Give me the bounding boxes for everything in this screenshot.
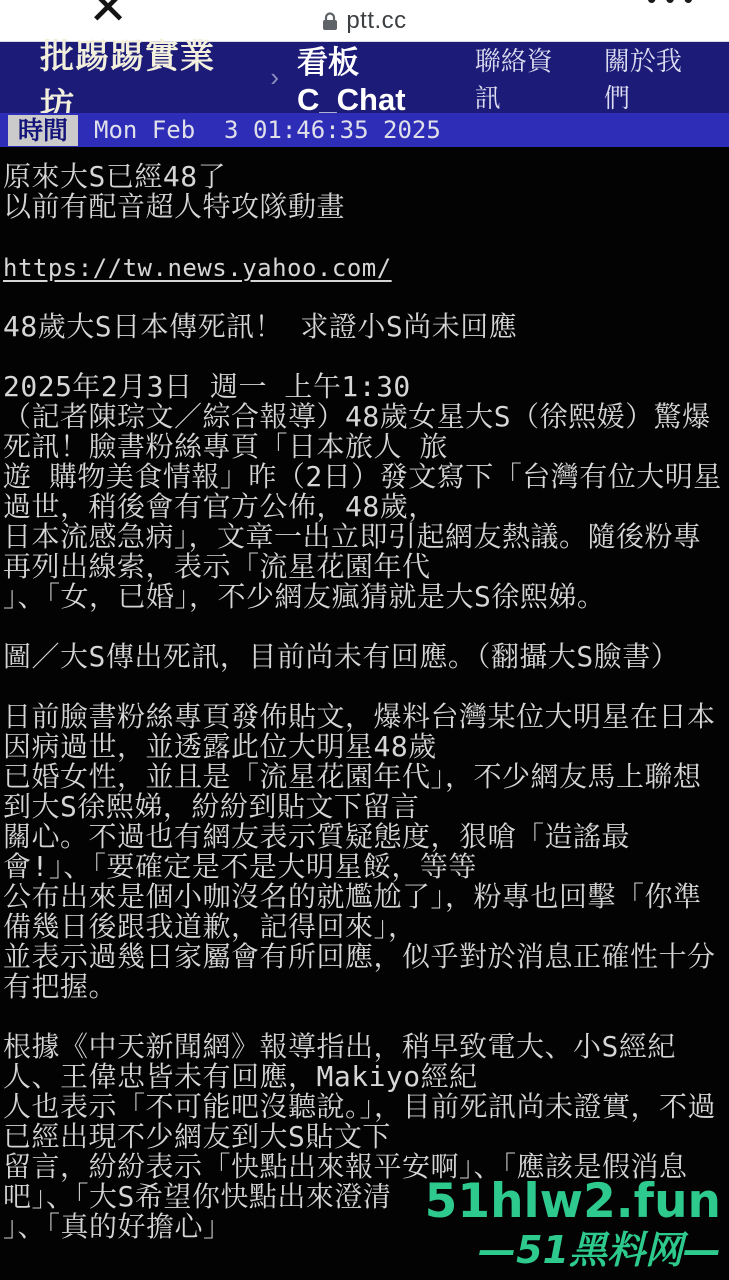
article-line: 遊 購物美食情報」昨（2日）發文寫下「台灣有位大明星 <box>3 462 729 492</box>
article-line: 」、「女，已婚」，不少網友瘋猜就是大S徐熙娣。 <box>3 582 729 612</box>
article-line: 」、「真的好擔心」 <box>3 1212 729 1242</box>
article-line: 原來大S已經48了 <box>3 162 729 192</box>
article-line: 圖／大S傳出死訊，目前尚未有回應。（翻攝大S臉書） <box>3 642 729 672</box>
article-line: 過世，稍後會有官方公佈，48歲， <box>3 492 729 522</box>
article-line: 已婚女性，並且是「流星花園年代」，不少網友馬上聯想 <box>3 762 729 792</box>
article-line: 以前有配音超人特攻隊動畫 <box>3 192 729 222</box>
screen: ✕ ptt.cc ••• 批踢踢實業坊 › 看板 C_Chat 聯絡資訊 關於我… <box>0 0 729 1280</box>
article-line: 到大S徐熙娣，紛紛到貼文下留言 <box>3 792 729 822</box>
article-line: 關心。不過也有網友表示質疑態度，狠嗆「造謠最 <box>3 822 729 852</box>
article-line <box>3 672 729 702</box>
board-link[interactable]: 看板 C_Chat <box>297 37 475 118</box>
breadcrumb-separator: › <box>270 62 279 93</box>
article-line: 48歲大S日本傳死訊！ 求證小S尚未回應 <box>3 312 729 342</box>
article-line <box>3 342 729 372</box>
article-line: （記者陳琮文／綜合報導）48歲女星大S（徐熙媛）驚爆 <box>3 402 729 432</box>
article-line: 會!」、「要確定是不是大明星餒，等等 <box>3 852 729 882</box>
article-line: 並表示過幾日家屬會有所回應，似乎對於消息正確性十分 <box>3 942 729 972</box>
site-brand-link[interactable]: 批踢踢實業坊 <box>40 29 248 127</box>
article-line: 已經出現不少網友到大S貼文下 <box>3 1122 729 1152</box>
article-line: 備幾日後跟我道歉，記得回來」， <box>3 912 729 942</box>
article-line: 死訊！臉書粉絲專頁「日本旅人 旅 <box>3 432 729 462</box>
about-link[interactable]: 關於我們 <box>604 41 707 115</box>
article-line: 人、王偉忠皆未有回應，Makiyo經紀 <box>3 1062 729 1092</box>
header-links: 聯絡資訊 關於我們 <box>475 41 707 115</box>
article-line: 根據《中天新聞網》報導指出，稍早致電大、小S經紀 <box>3 1032 729 1062</box>
article-lines: 原來大S已經48了以前有配音超人特攻隊動畫https://tw.news.yah… <box>3 162 729 1242</box>
article-line: 因病過世，並透露此位大明星48歲 <box>3 732 729 762</box>
article-line <box>3 612 729 642</box>
article-url-link[interactable]: https://tw.news.yahoo.com/ <box>3 254 392 282</box>
article-line: 吧」、「大S希望你快點出來澄清 <box>3 1182 729 1212</box>
contact-link[interactable]: 聯絡資訊 <box>475 41 578 115</box>
article-line: 公布出來是個小咖沒名的就尷尬了」，粉專也回擊「你準 <box>3 882 729 912</box>
ptt-header: 批踢踢實業坊 › 看板 C_Chat 聯絡資訊 關於我們 <box>0 42 729 113</box>
article-line: 再列出線索，表示「流星花園年代 <box>3 552 729 582</box>
article-meta-line: 時間 Mon Feb 3 01:46:35 2025 <box>0 113 729 147</box>
article-line: 日前臉書粉絲專頁發佈貼文，爆料台灣某位大明星在日本 <box>3 702 729 732</box>
article-line <box>3 222 729 252</box>
article-line: 日本流感急病」，文章一出立即引起網友熱議。隨後粉專 <box>3 522 729 552</box>
article-line: 2025年2月3日 週一 上午1:30 <box>3 372 729 402</box>
meta-value-time: Mon Feb 3 01:46:35 2025 <box>94 116 441 144</box>
article-body: 原來大S已經48了以前有配音超人特攻隊動畫https://tw.news.yah… <box>0 147 729 1280</box>
url-text: ptt.cc <box>346 7 406 35</box>
article-line <box>3 1002 729 1032</box>
article-line: https://tw.news.yahoo.com/ <box>3 252 729 282</box>
meta-tag-time: 時間 <box>8 115 78 146</box>
article-line: 有把握。 <box>3 972 729 1002</box>
article-line: 人也表示「不可能吧沒聽說。」，目前死訊尚未證實，不過 <box>3 1092 729 1122</box>
article-line: 留言，紛紛表示「快點出來報平安啊」、「應該是假消息 <box>3 1152 729 1182</box>
article-line <box>3 282 729 312</box>
lock-icon <box>322 12 338 31</box>
more-menu-icon[interactable]: ••• <box>644 0 699 16</box>
